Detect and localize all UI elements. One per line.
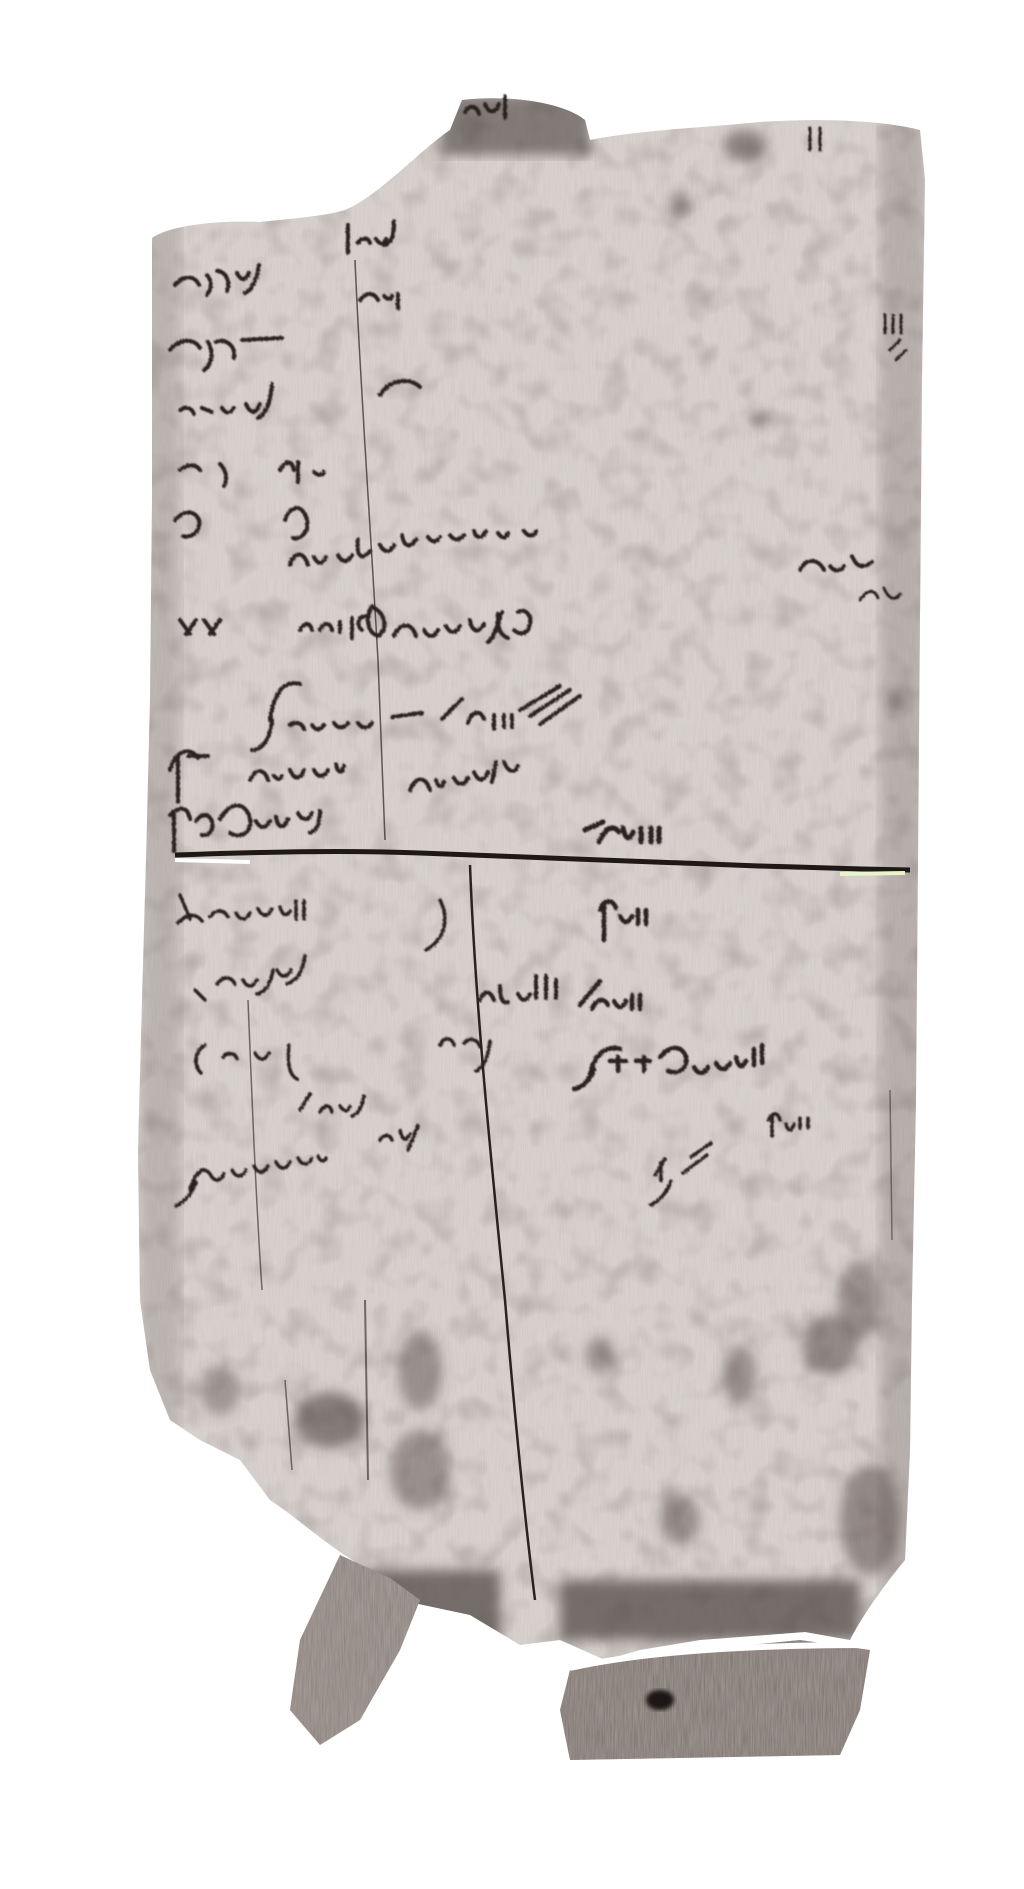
tablet-body: [0, 0, 1024, 1889]
tablet-photograph: [0, 0, 1024, 1889]
fragment-right: [560, 1640, 870, 1760]
